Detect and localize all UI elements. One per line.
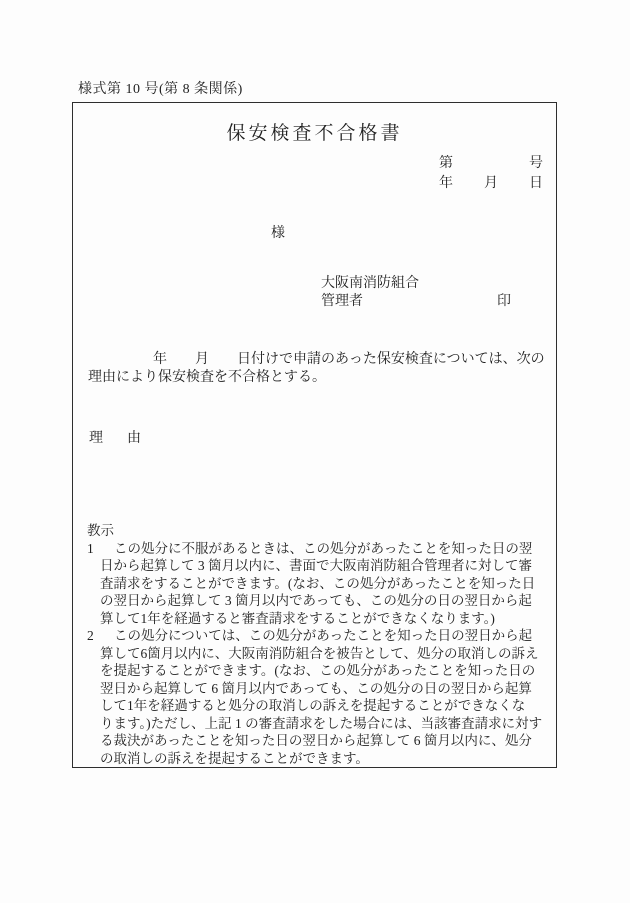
notice-line: 算して1年を経過すると審査請求をすることができなくなります。)	[87, 610, 545, 628]
notice-line: を提起することができます。(なお、この処分があったことを知った日の	[87, 662, 545, 680]
document-title: 保安検査不合格書	[73, 118, 556, 145]
notice-line: 算して6箇月以内に、大阪南消防組合を被告として、処分の取消しの訴え	[87, 645, 545, 663]
body-line: 理由により保安検査を不合格とする。	[88, 369, 545, 387]
date-row: 年 月 日	[439, 174, 543, 194]
notice-line: 日から起算して 3 箇月以内に、書面で大阪南消防組合管理者に対して審	[87, 557, 545, 575]
issuer-organization: 大阪南消防組合	[321, 275, 511, 293]
body-line: 年 月 日付けで申請のあった保安検査については、次の	[88, 351, 545, 369]
notice-line: 査請求をすることができます。(なお、この処分があったことを知った日	[87, 575, 545, 593]
issuer-seal-mark: 印	[497, 293, 511, 311]
notice-line: この処分に不服があるときは、この処分があったことを知った日の翌	[87, 540, 545, 558]
notice-line: の翌日から起算して 3 箇月以内であっても、この処分の日の翌日から起	[87, 592, 545, 610]
date-month-label: 月	[484, 174, 498, 194]
notice-item-1-number: 1	[87, 540, 100, 558]
notice-heading: 教示	[87, 522, 545, 540]
issuer-block: 大阪南消防組合 管理者 印	[321, 275, 511, 311]
doc-number-suffix: 号	[529, 154, 543, 174]
document-page: 様式第 10 号(第 8 条関係) 保安検査不合格書 第 号 年 月 日 様 大…	[0, 0, 630, 903]
notice-item-2-number: 2	[87, 627, 100, 645]
number-date-block: 第 号 年 月 日	[439, 154, 543, 193]
notice-item-2: 2 この処分については、この処分があったことを知った日の翌日から起 算して6箇月…	[87, 627, 545, 767]
reason-label: 理 由	[89, 427, 146, 447]
doc-number-row: 第 号	[439, 154, 543, 174]
notice-item-1: 1 この処分に不服があるときは、この処分があったことを知った日の翌 日から起算し…	[87, 540, 545, 628]
notice-line: 翌日から起算して 6 箇月以内であっても、この処分の日の翌日から起算	[87, 680, 545, 698]
notice-line: る裁決があったことを知った日の翌日から起算して 6 箇月以内に、処分	[87, 732, 545, 750]
notice-line: して1年を経過すると処分の取消しの訴えを提起することができなくな	[87, 697, 545, 715]
notice-line: ります。)ただし、上記 1 の審査請求をした場合には、当該審査請求に対す	[87, 715, 545, 733]
notice-line: この処分については、この処分があったことを知った日の翌日から起	[87, 627, 545, 645]
addressee-honorific: 様	[271, 222, 285, 242]
issuer-position: 管理者	[321, 293, 363, 311]
doc-number-prefix: 第	[439, 154, 453, 174]
notice-section: 教示 1 この処分に不服があるときは、この処分があったことを知った日の翌 日から…	[87, 522, 545, 767]
document-border-box: 保安検査不合格書 第 号 年 月 日 様 大阪南消防組合 管理者 印 年 月 日…	[72, 102, 557, 768]
date-year-label: 年	[439, 174, 453, 194]
date-day-label: 日	[529, 174, 543, 194]
issuer-position-row: 管理者 印	[321, 293, 511, 311]
body-paragraph: 年 月 日付けで申請のあった保安検査については、次の 理由により保安検査を不合格…	[88, 351, 545, 387]
form-number-label: 様式第 10 号(第 8 条関係)	[78, 78, 243, 98]
notice-line: の取消しの訴えを提起することができます。	[87, 750, 545, 768]
